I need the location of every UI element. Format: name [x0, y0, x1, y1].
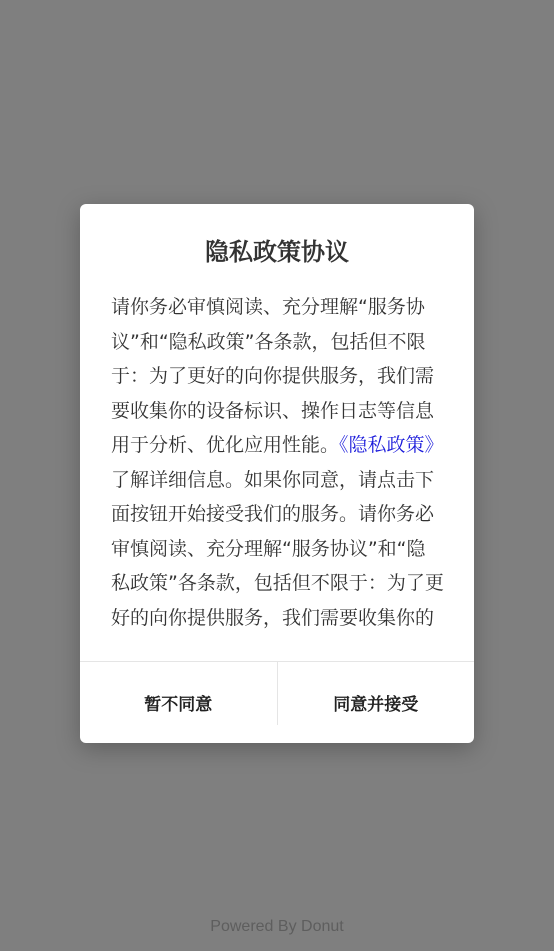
policy-text-intro: 请你务必审慎阅读、充分理解“服务协议”和“隐私政策”各条款，包括但不限于：为了更… — [111, 296, 434, 456]
privacy-policy-dialog: 隐私政策协议 请你务必审慎阅读、充分理解“服务协议”和“隐私政策”各条款，包括但… — [80, 204, 474, 743]
policy-text-rest: 了解详细信息。如果你同意，请点击下面按钮开始接受我们的服务。请你务必审慎阅读、充… — [111, 469, 444, 636]
powered-by-label: Powered By Donut — [0, 918, 554, 936]
dialog-title: 隐私政策协议 — [80, 236, 474, 268]
dialog-footer: 暂不同意 同意并接受 — [80, 661, 474, 743]
dialog-content-scroll[interactable]: 请你务必审慎阅读、充分理解“服务协议”和“隐私政策”各条款，包括但不限于：为了更… — [111, 290, 444, 635]
accept-button[interactable]: 同意并接受 — [278, 662, 475, 743]
policy-text: 请你务必审慎阅读、充分理解“服务协议”和“隐私政策”各条款，包括但不限于：为了更… — [111, 290, 444, 635]
privacy-policy-link[interactable]: 《隐私政策》 — [339, 434, 444, 456]
decline-button[interactable]: 暂不同意 — [80, 662, 277, 743]
